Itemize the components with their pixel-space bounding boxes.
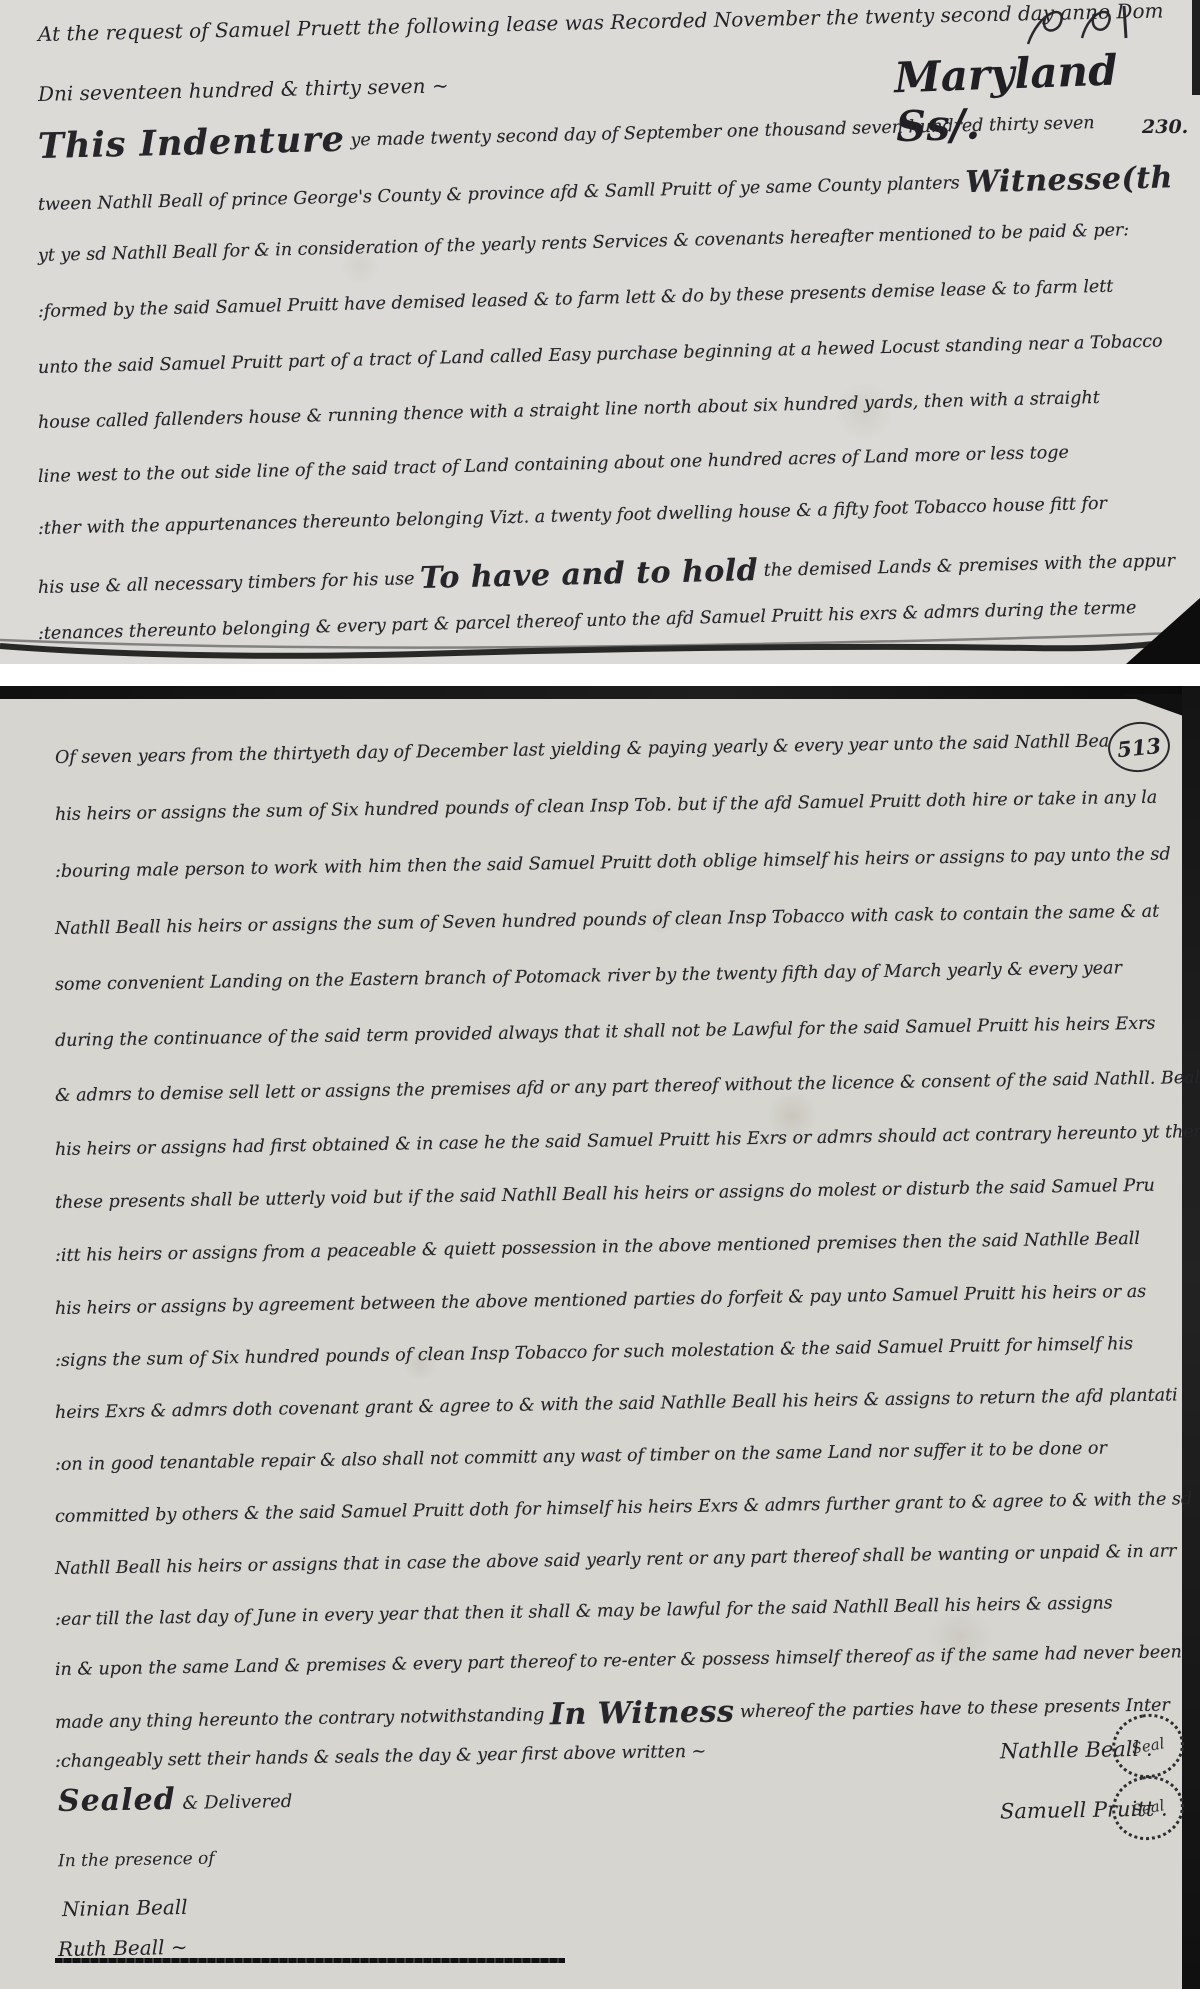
recording-clause-line-1: At the request of Samuel Pruett the foll…	[38, 0, 1164, 46]
manuscript-line: his heirs or assigns by agreement betwee…	[55, 1282, 1146, 1319]
margin-note-230: 230.	[1142, 116, 1188, 138]
delivered-text: & Delivered	[182, 1791, 292, 1814]
manuscript-line: Nathll Beall his heirs or assigns the su…	[55, 902, 1159, 939]
manuscript-line: during the continuance of the said term …	[55, 1014, 1156, 1051]
habendum-bigword: To have and to hold	[420, 553, 759, 596]
manuscript-line: heirs Exrs & admrs doth covenant grant &…	[55, 1385, 1178, 1423]
page-1: At the request of Samuel Pruett the foll…	[0, 0, 1200, 664]
manuscript-line: in & upon the same Land & premises & eve…	[55, 1642, 1182, 1680]
witness-ninian-beall: Ninian Beall	[62, 1895, 188, 1921]
manuscript-line: :signs the sum of Six hundred pounds of …	[55, 1334, 1133, 1371]
manuscript-line: :ther with the appurtenances thereunto b…	[38, 494, 1107, 539]
manuscript-line: :itt his heirs or assigns from a peaceab…	[55, 1229, 1140, 1266]
manuscript-line: Nathll Beall his heirs or assigns that i…	[55, 1541, 1177, 1579]
page-number: 513	[1116, 732, 1162, 761]
manuscript-line: :changeably sett their hands & seals the…	[55, 1742, 707, 1772]
page-number-seal: 513	[1106, 719, 1173, 775]
scan-edge-shadow	[1192, 0, 1200, 95]
seal-label: Seal	[1130, 1796, 1166, 1819]
manuscript-line: line west to the out side line of the sa…	[38, 443, 1069, 487]
opening-bigword: This Indenture	[38, 119, 346, 167]
line-text: whereof the parties have to these presen…	[734, 1695, 1170, 1722]
manuscript-line: Of seven years from the thirtyeth day of…	[55, 731, 1110, 768]
page-bottom-edge	[0, 630, 1200, 664]
manuscript-scan: At the request of Samuel Pruett the foll…	[0, 0, 1200, 1989]
manuscript-line: unto the said Samuel Pruitt part of a tr…	[38, 332, 1163, 378]
manuscript-line: & admrs to demise sell lett or assigns t…	[55, 1068, 1200, 1106]
recording-clause-line-2: Dni seventeen hundred & thirty seven ~	[38, 73, 449, 106]
line-text: made any thing hereunto the contrary not…	[55, 1705, 550, 1733]
manuscript-line: yt ye sd Nathll Beall for & in considera…	[38, 220, 1130, 266]
line-text: tween Nathll Beall of prince George's Co…	[38, 173, 966, 215]
manuscript-line: his heirs or assigns had first obtained …	[55, 1122, 1200, 1160]
manuscript-line: his heirs or assigns the sum of Six hund…	[55, 788, 1158, 825]
line-text: the demised Lands & premises with the ap…	[758, 551, 1175, 581]
page-2: 513 Of seven years from the thirtyeth da…	[0, 686, 1200, 1989]
manuscript-line: :bouring male person to work with him th…	[55, 844, 1171, 882]
manuscript-line: tween Nathll Beall of prince George's Co…	[38, 160, 1174, 222]
presence-clause: In the presence of	[58, 1849, 215, 1872]
manuscript-line: :ear till the last day of June in every …	[55, 1593, 1113, 1630]
scan-edge-shadow-right	[1182, 686, 1200, 1989]
scan-edge-shadow-top	[0, 686, 1200, 699]
seal-icon: Seal	[1107, 1770, 1189, 1846]
witnesseth-bigword: Witnesse(th	[965, 160, 1173, 200]
manuscript-line: committed by others & the said Samuel Pr…	[55, 1489, 1192, 1527]
manuscript-line: some convenient Landing on the Eastern b…	[55, 958, 1122, 995]
manuscript-line: :on in good tenantable repair & also sha…	[55, 1438, 1107, 1475]
manuscript-line: these presents shall be utterly void but…	[55, 1176, 1155, 1213]
line-text: his use & all necessary timbers for his …	[38, 569, 420, 598]
manuscript-line: made any thing hereunto the contrary not…	[55, 1687, 1170, 1740]
attestation-sealed-delivered: Sealed & Delivered	[58, 1780, 293, 1819]
manuscript-line: :formed by the said Samuel Pruitt have d…	[38, 277, 1114, 322]
manuscript-line: house called fallenders house & running …	[38, 388, 1100, 433]
sealed-bigword: Sealed	[58, 1782, 176, 1819]
manuscript-line: his use & all necessary timbers for his …	[38, 543, 1176, 605]
seal-label: Seal	[1130, 1734, 1166, 1757]
bottom-rule	[55, 1958, 565, 1963]
manuscript-line: This Indenture ye made twenty second day…	[38, 101, 1096, 167]
in-witness-bigword: In Witness	[550, 1694, 735, 1732]
